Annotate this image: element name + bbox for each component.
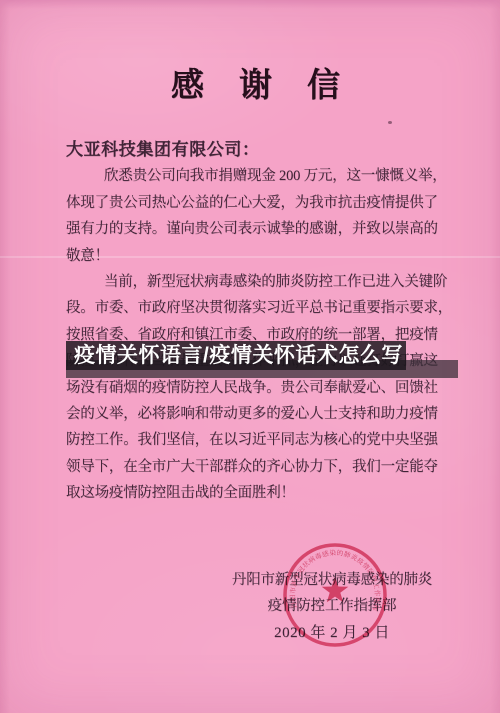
- salutation: 大亚科技集团有限公司：: [66, 137, 440, 163]
- caption-text: 疫情关怀语言/疫情关怀话术怎么写: [66, 341, 406, 370]
- letter-photo: 感 谢 信 大亚科技集团有限公司： 欣悉贵公司向我市捐赠现金 200 万元，这一…: [0, 0, 500, 713]
- letter-line: 强有力的支持。谨向贵公司表示诚挚的感谢，并致以崇高的: [66, 216, 440, 242]
- letter-line: 防控工作。我们坚信，在以习近平同志为核心的党中央坚强: [66, 427, 440, 453]
- letter-line: 欣悉贵公司向我市捐赠现金 200 万元，这一慷慨义举，: [66, 163, 440, 189]
- letter-line: 敬意！: [66, 243, 440, 269]
- letter-title: 感 谢 信: [0, 59, 500, 106]
- caption-overlay: 疫情关怀语言/疫情关怀话术怎么写: [66, 341, 406, 370]
- paper-speck: [388, 121, 392, 124]
- letter-body: 大亚科技集团有限公司： 欣悉贵公司向我市捐赠现金 200 万元，这一慷慨义举， …: [66, 137, 440, 506]
- letter-line: 场没有硝烟的疫情防控人民战争。贵公司奉献爱心、回馈社: [66, 375, 440, 401]
- star-icon: [322, 577, 349, 602]
- letter-line: 体现了贵公司热心公益的仁心大爱，为我市抗击疫情提供了: [66, 190, 440, 216]
- svg-text:丹阳市新型冠状病毒感染的肺炎疫情防控工作指挥部: 丹阳市新型冠状病毒感染的肺炎疫情防控工作指挥部: [277, 537, 382, 613]
- letter-line: 会的义举，必将影响和带动更多的爱心人士支持和助力疫情: [66, 401, 440, 427]
- seal-ring-text: 丹阳市新型冠状病毒感染的肺炎疫情防控工作指挥部: [277, 537, 382, 613]
- letter-line: 段。市委、市政府坚决贯彻落实习近平总书记重要指示要求，: [66, 295, 440, 321]
- letter-line: 当前，新型冠状病毒感染的肺炎防控工作已进入关键阶: [66, 269, 440, 295]
- letter-line: 取这场疫情防控阻击战的全面胜利！: [66, 480, 440, 506]
- letter-line: 领导下，在全市广大干部群众的齐心协力下，我们一定能夺: [66, 454, 440, 480]
- official-seal-stamp: 丹阳市新型冠状病毒感染的肺炎疫情防控工作指挥部: [277, 537, 393, 653]
